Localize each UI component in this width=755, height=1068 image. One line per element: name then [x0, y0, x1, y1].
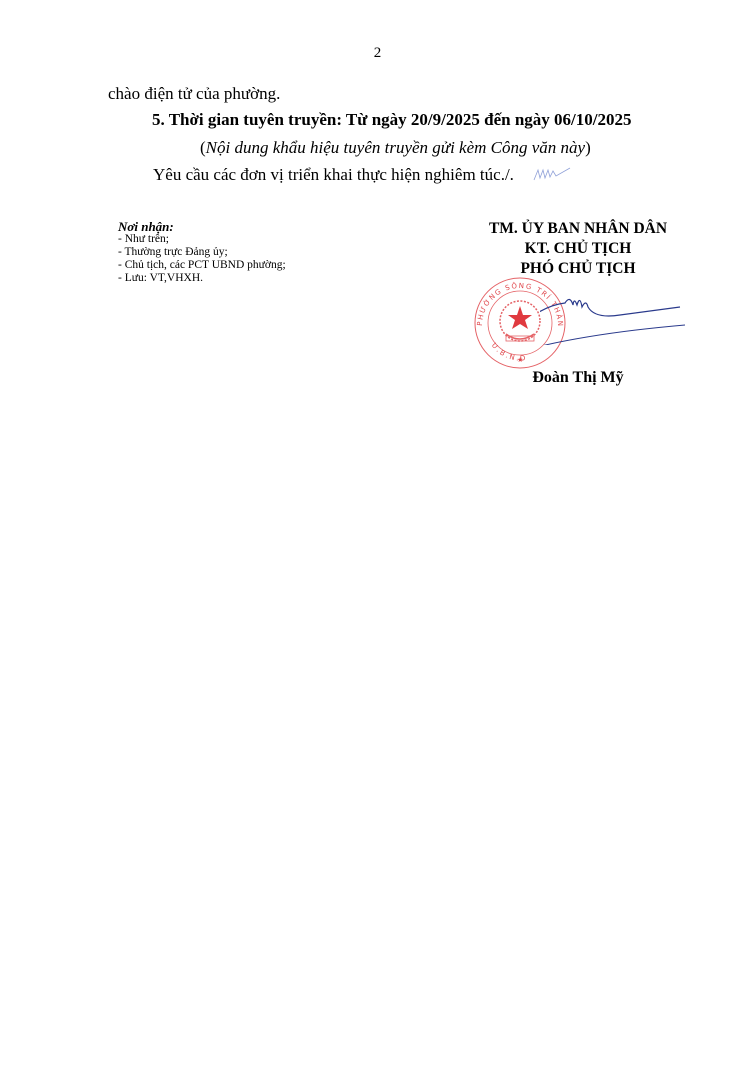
recipients-title: Nơi nhận: [118, 220, 286, 233]
authority-line-2: KT. CHỦ TỊCH [458, 239, 698, 259]
body-line-continuation: chào điện tử của phường. [108, 84, 280, 104]
recipients-list: Nơi nhận: - Như trên; - Thường trực Đảng… [118, 220, 286, 285]
recipient-item: - Lưu: VT,VHXH. [118, 272, 286, 285]
attachment-note: (Nội dung khẩu hiệu tuyên truyền gửi kèm… [200, 138, 591, 158]
section-5-heading: 5. Thời gian tuyên truyền: Từ ngày 20/9/… [152, 110, 631, 130]
svg-text:★: ★ [517, 356, 523, 364]
recipient-item: - Như trên; [118, 233, 286, 246]
authority-line-1: TM. ỦY BAN NHÂN DÂN [458, 219, 698, 239]
page-number: 2 [0, 45, 755, 62]
recipient-item: - Chủ tịch, các PCT UBND phường; [118, 259, 286, 272]
closing-request: Yêu cầu các đơn vị triển khai thực hiện … [153, 165, 514, 185]
recipient-item: - Thường trực Đảng ủy; [118, 246, 286, 259]
signature-authority: TM. ỦY BAN NHÂN DÂN KT. CHỦ TỊCH PHÓ CHỦ… [458, 219, 698, 279]
note-close-paren: ) [585, 138, 591, 157]
note-text: Nội dung khẩu hiệu tuyên truyền gửi kèm … [206, 138, 585, 157]
signer-name: Đoàn Thị Mỹ [458, 369, 698, 387]
initial-signature-icon [532, 166, 572, 182]
handwritten-signature-icon [540, 295, 690, 345]
